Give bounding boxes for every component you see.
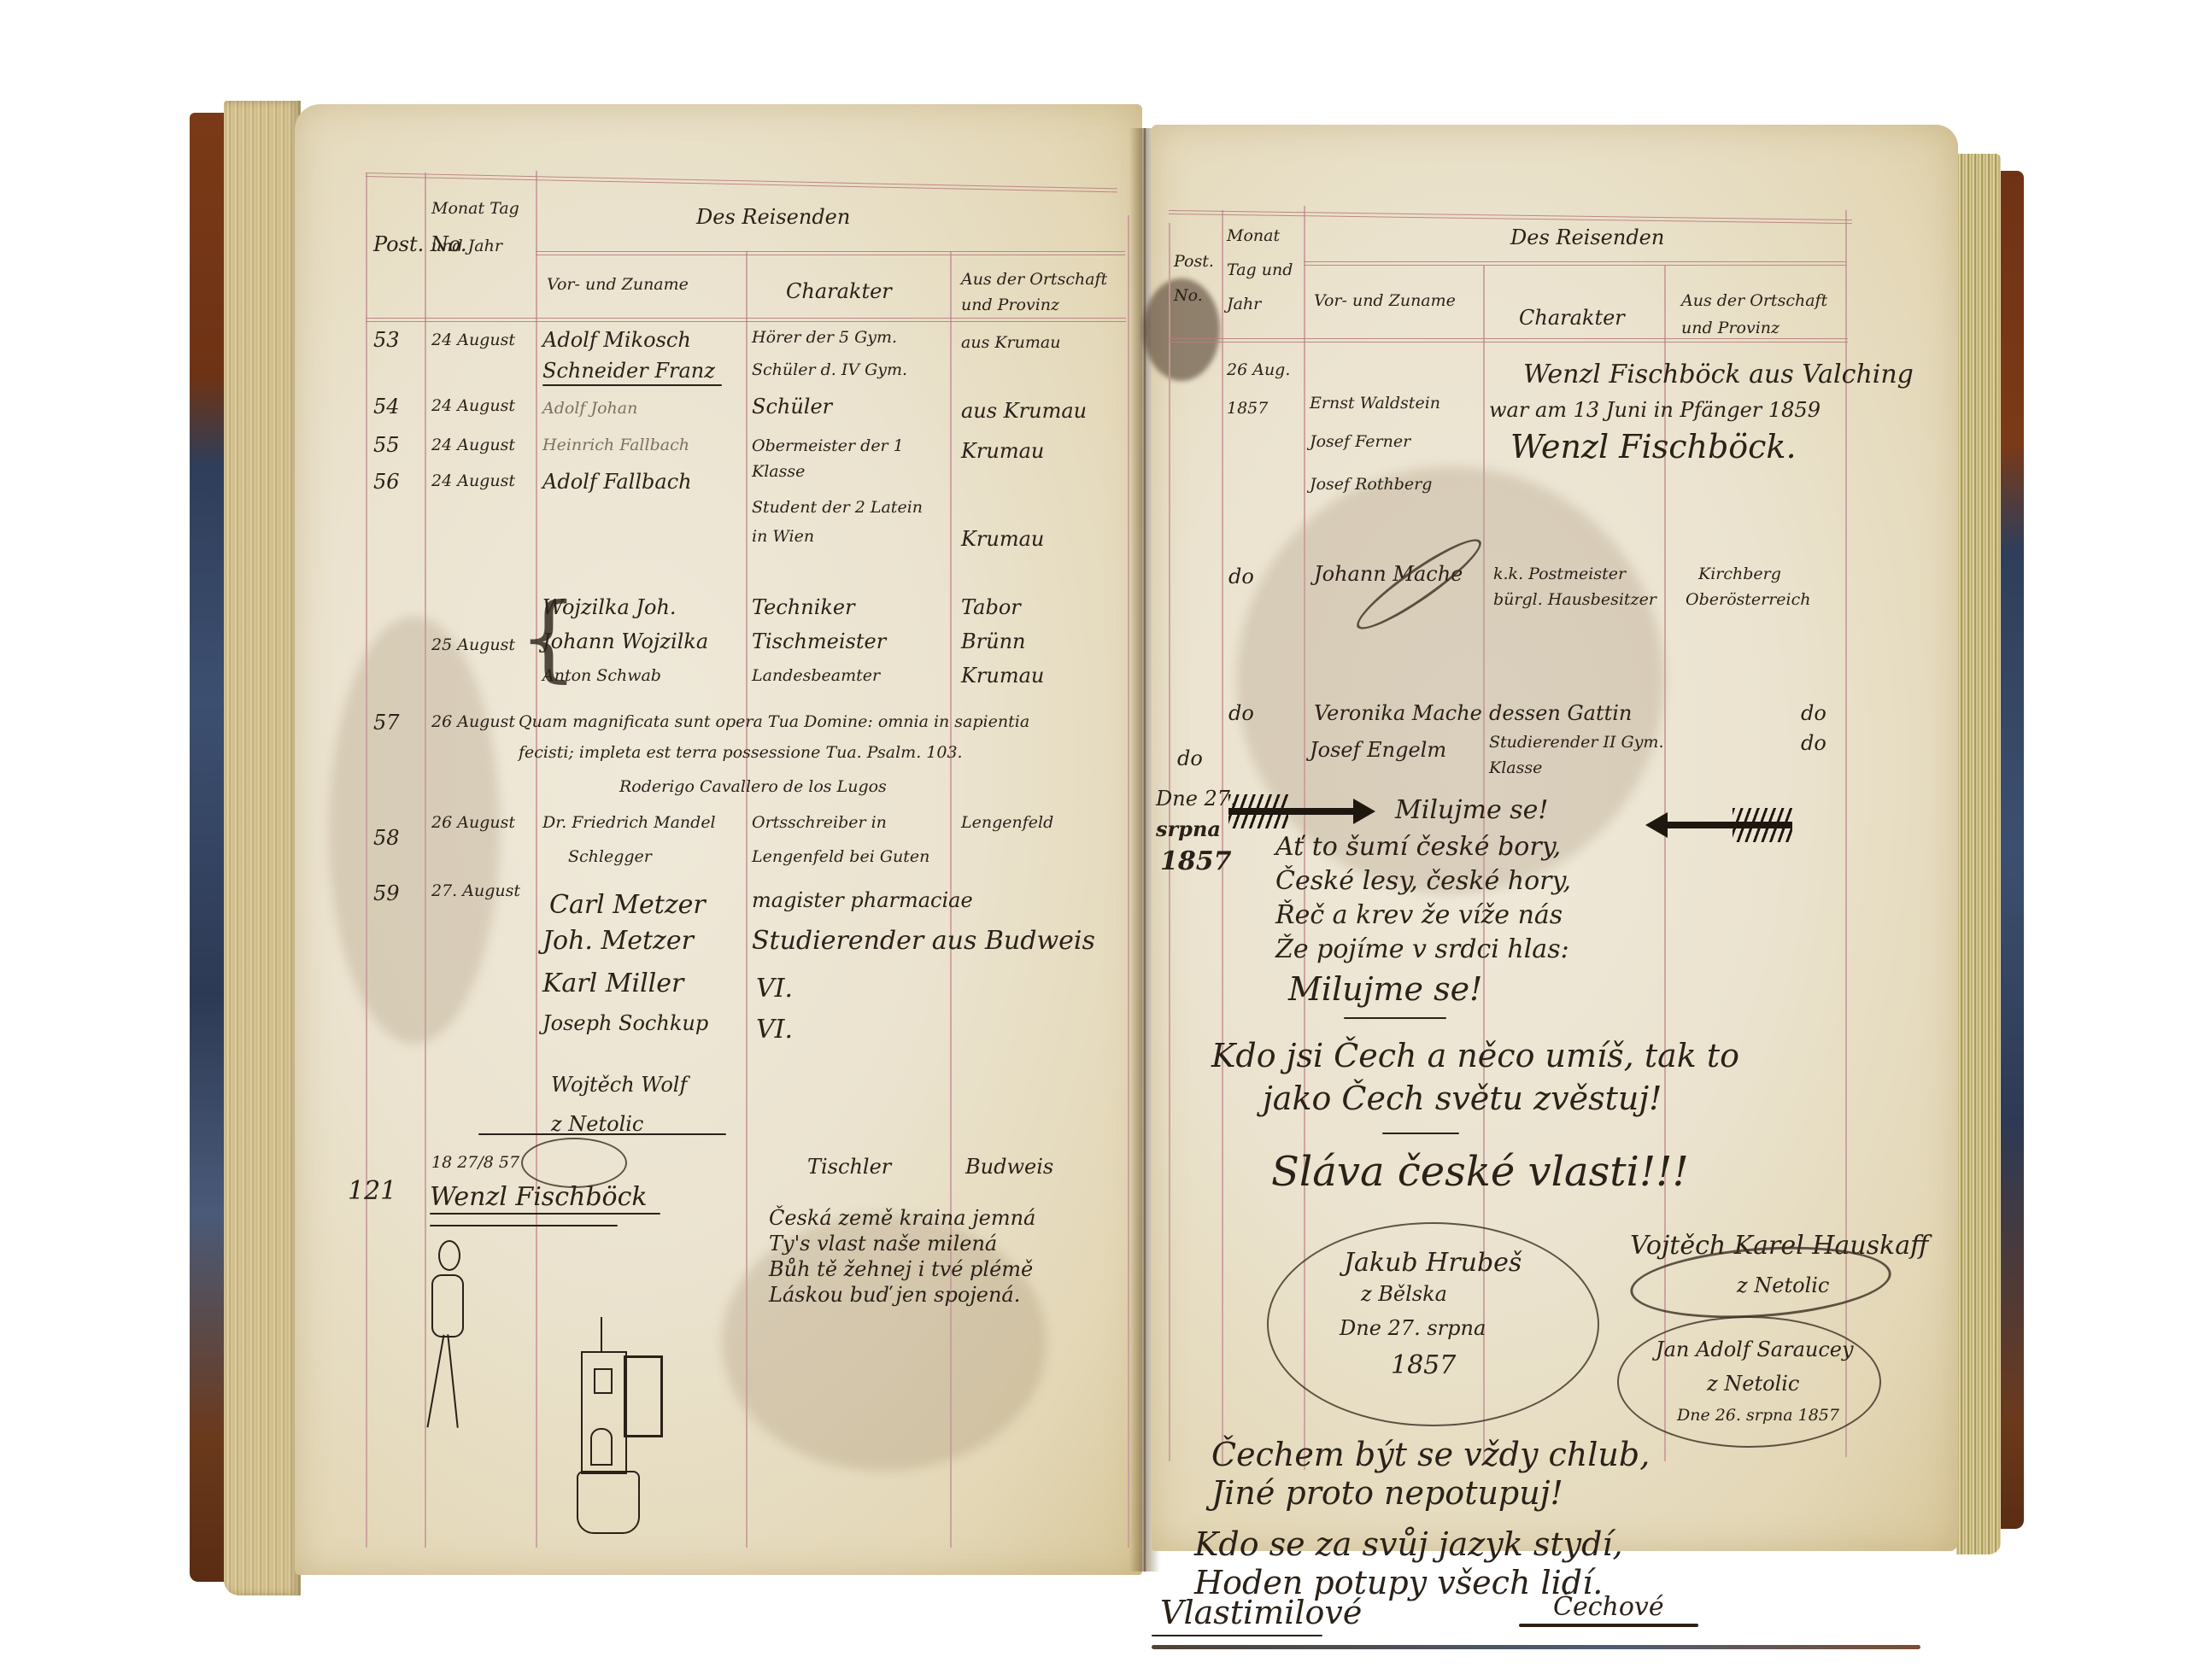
signature-year: 1857	[1391, 1350, 1456, 1380]
row-date: do	[1228, 701, 1254, 725]
closing-signature: Vlastimilové	[1160, 1594, 1362, 1631]
row-character: Hörer der 5 Gym.	[752, 328, 897, 347]
row-name-2: Johann Wojzilka	[542, 629, 708, 653]
row-origin: Krumau	[961, 439, 1044, 463]
row-character-2: Lengenfeld bei Guten	[752, 847, 929, 866]
poem-line: Bůh tě žehnej i tvé plémě	[769, 1257, 1033, 1281]
row-name: Veronika Mache	[1314, 701, 1482, 725]
closing-signature: Čechové	[1553, 1592, 1664, 1622]
row-name: Josef Engelm	[1310, 738, 1446, 762]
row-no: 121	[348, 1176, 396, 1206]
row-character: Studierender II Gym.	[1489, 733, 1663, 752]
row-origin-3: Krumau	[961, 664, 1044, 688]
row-date: 24 August	[431, 396, 515, 415]
row-name-2: Schlegger	[568, 847, 652, 866]
row-character: Student der 2 Latein in Wien	[752, 493, 931, 551]
row-name-4: Joseph Sochkup	[542, 1011, 708, 1035]
right-page-stack	[1956, 154, 2001, 1554]
poem-line: Že pojíme v srdci hlas:	[1275, 934, 1569, 964]
row-character-3: Landesbeamter	[752, 666, 880, 685]
signature-name: Jakub Hrubeš	[1344, 1248, 1522, 1278]
poem-line: České lesy, české hory,	[1275, 866, 1571, 896]
latin-quote-signature: Roderigo Cavallero de los Lugos	[619, 777, 887, 796]
row-origin: do	[1801, 701, 1826, 725]
row-name-2: Joh. Metzer	[542, 926, 694, 956]
latin-quote-line-2: fecisti; impleta est terra possessione T…	[519, 743, 963, 762]
row-name: Heinrich Fallbach	[542, 436, 689, 454]
tower-drawing	[577, 1317, 671, 1548]
poem-line: Milujme se!	[1288, 970, 1482, 1008]
row-character: Schüler	[752, 395, 832, 419]
row-date: 18 27/8 57	[431, 1153, 519, 1172]
row-origin: aus Krumau	[961, 333, 1060, 352]
row-date: 24 August	[431, 471, 515, 490]
header-origin: Aus der Ortschaft und Provinz	[961, 266, 1115, 318]
dated-entry-year: 1857	[1160, 846, 1232, 876]
row-origin: Kirchberg	[1698, 565, 1781, 583]
row-name: Carl Metzer	[549, 890, 706, 920]
note-signature: Wenzl Fischböck.	[1510, 428, 1797, 465]
poem-line: jako Čech světu zvěstuj!	[1263, 1080, 1662, 1117]
left-page-stack	[224, 101, 301, 1595]
header-date: Monat Tag und Jahr	[431, 190, 530, 265]
row-name: Wenzl Fischböck	[430, 1182, 648, 1212]
header-origin: Aus der Ortschaft und Provinz	[1681, 287, 1835, 342]
row-name-2: Schneider Franz	[542, 359, 715, 383]
figure-drawing	[423, 1240, 483, 1445]
row-character-2: Klasse	[1489, 758, 1542, 777]
right-page: Post. No. Monat Tag und Jahr Des Reisend…	[1152, 125, 1958, 1551]
row-character-2: Schüler d. IV Gym.	[752, 360, 907, 379]
row-character: k.k. Postmeister	[1493, 565, 1626, 583]
header-name: Vor- und Zuname	[547, 275, 689, 294]
row-character: magister pharmaciae	[752, 888, 973, 912]
dated-entry-month: srpna	[1156, 817, 1221, 841]
row-name: Adolf Mikosch	[542, 328, 691, 352]
row-no: 56	[373, 470, 400, 494]
dated-entry-day: Dne 27.	[1156, 787, 1237, 811]
poem-line: Řeč a krev že víže nás	[1275, 900, 1563, 930]
row-name: Wojzilka Joh.	[542, 595, 677, 619]
row-no: 57	[373, 711, 400, 735]
row-origin: Tabor	[961, 595, 1021, 619]
row-origin-2: Brünn	[961, 629, 1025, 653]
row-character-4: VI.	[756, 1015, 793, 1045]
row-character-2: bürgl. Hausbesitzer	[1493, 590, 1656, 609]
closing-poem-line: Kdo se za svůj jazyk stydí,	[1194, 1525, 1623, 1563]
row-character-2: Studierender aus Budweis	[752, 926, 1095, 956]
row-character: dessen Gattin	[1489, 701, 1632, 725]
note-line-1: Wenzl Fischböck aus Valching	[1523, 360, 1914, 389]
row-date: 24 August	[431, 436, 515, 454]
row-origin: Krumau	[961, 527, 1044, 551]
row-origin: Budweis	[965, 1155, 1053, 1179]
row-date: 24 August	[431, 331, 515, 349]
poem-line: Láskou buď jen spojená.	[769, 1283, 1020, 1307]
row-date: 25 August	[431, 635, 515, 654]
row-character-3: VI.	[756, 974, 793, 1004]
note-line-2: war am 13 Juni in Pfänger 1859	[1489, 398, 1821, 422]
row-origin-2: Oberösterreich	[1686, 590, 1811, 609]
row-character: Obermeister der 1 Klasse	[752, 433, 923, 484]
header-group-title: Des Reisenden	[696, 205, 850, 229]
row-origin: aus Krumau	[961, 399, 1087, 423]
poem-line: Ty's vlast naše milená	[769, 1232, 997, 1256]
row-name-2: Josef Ferner	[1310, 432, 1410, 451]
row-character: Ortsschreiber in	[752, 813, 887, 832]
row-no: 58	[373, 826, 400, 850]
row-no: 53	[373, 328, 400, 352]
row-name: Adolf Fallbach	[542, 470, 692, 494]
arrow-right-icon	[1228, 808, 1374, 815]
open-ledger-book: Post. No. Monat Tag und Jahr Des Reisend…	[0, 0, 2187, 1680]
row-origin: Lengenfeld	[961, 813, 1053, 832]
row-name: Adolf Johan	[542, 399, 637, 418]
row-character-2: Tischmeister	[752, 629, 886, 653]
row-date: 26 August	[431, 712, 515, 731]
row-date: do	[1228, 565, 1254, 588]
row-no: 59	[373, 881, 400, 905]
signature-name: Jan Adolf Saraucey	[1656, 1338, 1854, 1361]
row-origin: do	[1801, 731, 1826, 755]
signature-date: Dne 26. srpna 1857	[1677, 1406, 1839, 1425]
row-no: 55	[373, 433, 400, 457]
latin-quote-line-1: Quam magnificata sunt opera Tua Domine: …	[519, 712, 1029, 731]
row-name: Dr. Friedrich Mandel	[542, 813, 716, 832]
row-name: Ernst Waldstein	[1310, 394, 1440, 413]
row-character: Techniker	[752, 595, 855, 619]
row-name-3: Josef Rothberg	[1310, 475, 1432, 494]
header-no: Post. No.	[1174, 244, 1221, 313]
row-date: 26 August	[431, 813, 515, 832]
header-date: Monat Tag und Jahr	[1227, 219, 1302, 321]
poem-line: Ať to šumí české bory,	[1275, 832, 1561, 862]
row-date: 27. August	[431, 881, 520, 900]
header-character: Charakter	[1519, 306, 1625, 330]
row-date: do	[1177, 746, 1203, 770]
row-name-3: Karl Miller	[542, 969, 683, 998]
header-character: Charakter	[786, 279, 892, 303]
poem-line: Česká země kraina jemná	[769, 1206, 1035, 1230]
signature-place: z Netolic	[1707, 1372, 1799, 1396]
closing-poem-line: Čechem být se vždy chlub,	[1211, 1436, 1650, 1473]
header-group-title: Des Reisenden	[1510, 225, 1664, 249]
closing-poem-line: Jiné proto nepotupuj!	[1211, 1474, 1563, 1512]
signature-place: z Bělska	[1361, 1282, 1447, 1306]
poem-line: Kdo jsi Čech a něco umíš, tak to	[1211, 1037, 1739, 1074]
row-date: 26 Aug. 1857	[1227, 351, 1299, 428]
poem-title-slava: Sláva české vlasti!!!	[1271, 1148, 1689, 1196]
row-name-3: Anton Schwab	[542, 666, 661, 685]
poem-line: Milujme se!	[1395, 795, 1548, 825]
extra-signature: Wojtěch Wolf z Netolic	[551, 1065, 688, 1144]
row-no: 54	[373, 395, 400, 419]
arrow-left-icon	[1647, 822, 1792, 828]
left-page: Post. No. Monat Tag und Jahr Des Reisend…	[295, 104, 1142, 1575]
header-name: Vor- und Zuname	[1314, 291, 1456, 310]
signature-date: Dne 27. srpna	[1340, 1316, 1486, 1340]
row-character: Tischler	[807, 1155, 891, 1179]
